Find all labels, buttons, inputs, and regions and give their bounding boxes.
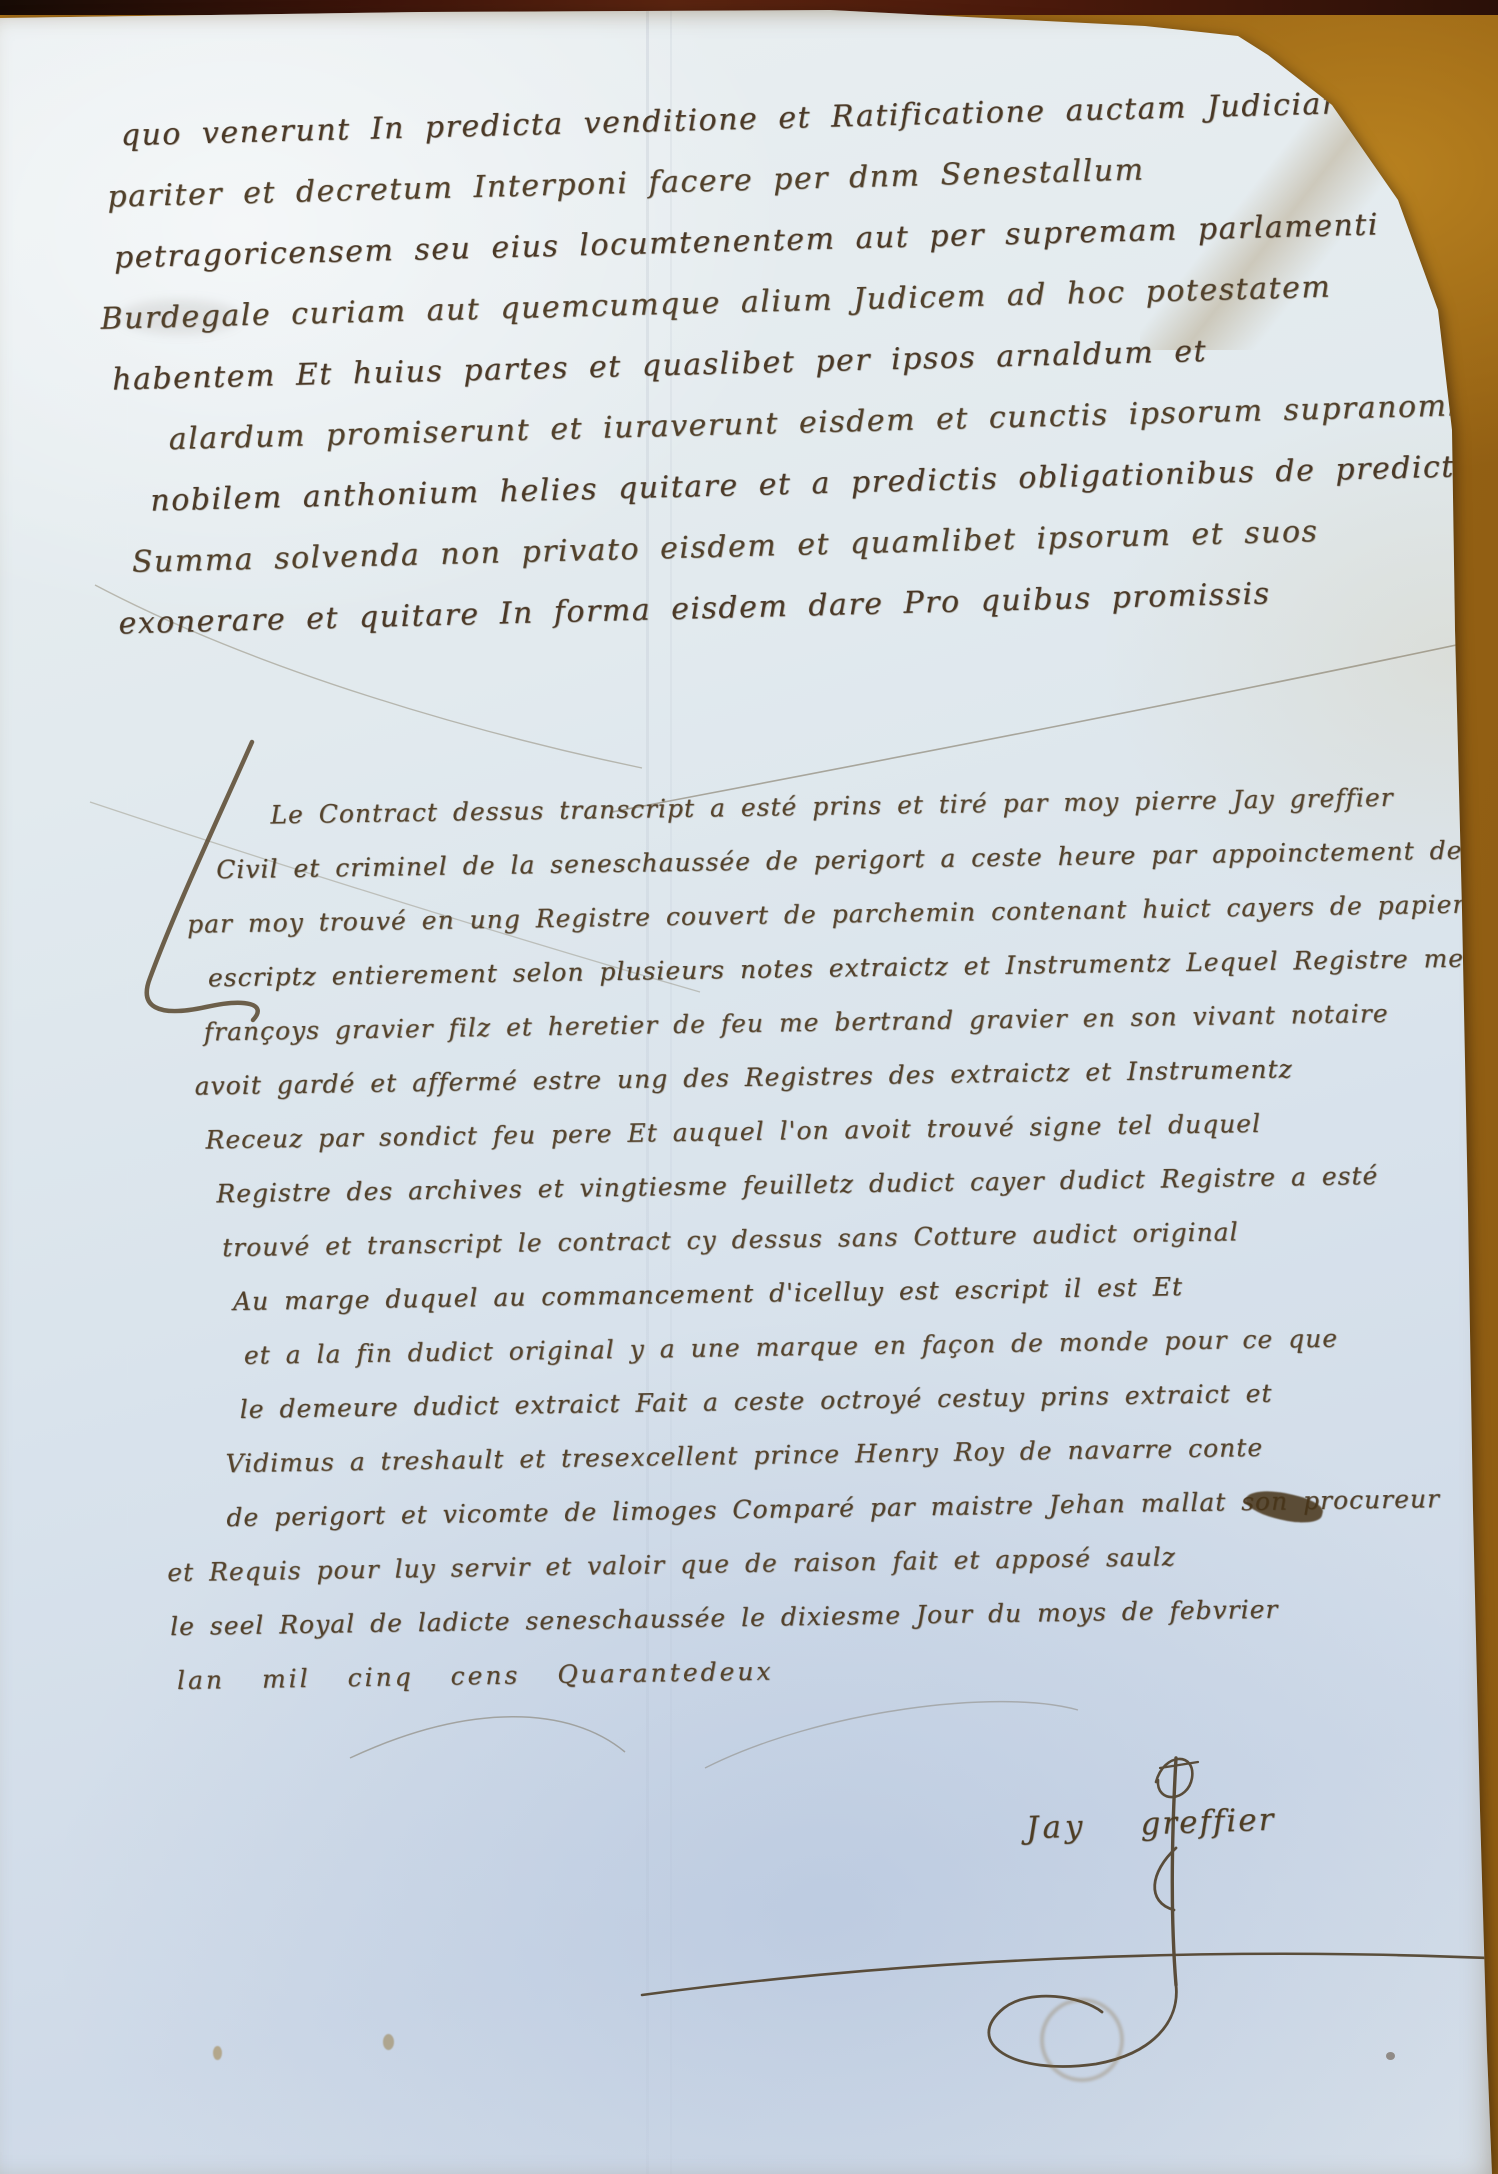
signature-paraph [642, 1758, 1488, 2066]
french-paragraph: Le Contract dessus transcript a esté pri… [172, 769, 1498, 1708]
signature-title: greffier [1140, 1802, 1276, 1843]
ring-stain [1040, 1998, 1124, 2082]
signature: Jay greffier [1025, 1802, 1276, 1847]
signature-name: Jay [1025, 1808, 1087, 1846]
stain-spot [213, 2046, 222, 2060]
latin-paragraph: quo venerunt In predicta venditione et R… [92, 70, 1476, 655]
manuscript-photo: quo venerunt In predicta venditione et R… [0, 0, 1498, 2174]
stain-spot [1386, 2052, 1395, 2060]
paper-sheet: quo venerunt In predicta venditione et R… [0, 10, 1498, 2174]
paper-wrap: quo venerunt In predicta venditione et R… [0, 0, 1498, 2174]
stain-spot [383, 2034, 394, 2050]
